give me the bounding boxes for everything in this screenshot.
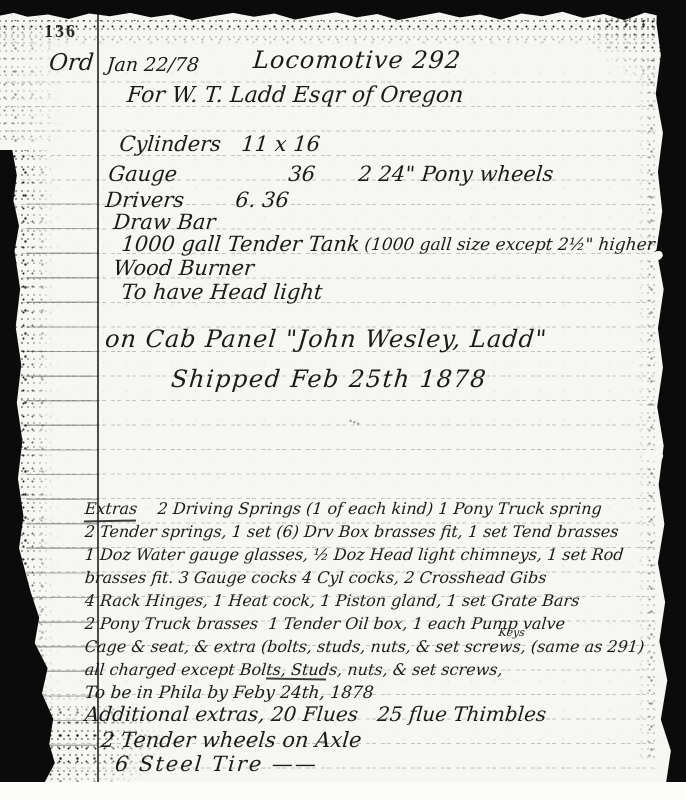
extras-line: Cage & seat, & extra (bolts, studs, nuts…: [84, 638, 645, 656]
torn-edge-speckle-top: [0, 20, 686, 46]
spec-label: Gauge: [107, 163, 178, 186]
order-date: Jan 22/78: [106, 55, 200, 76]
torn-edge-speckle-top-left: [0, 26, 64, 146]
spec-label: Drivers: [104, 189, 185, 212]
customer-line: For W. T. Ladd Esqr of Oregon: [126, 84, 464, 108]
extras-line: brasses fit. 3 Gauge cocks 4 Cyl cocks, …: [84, 569, 547, 587]
spec-value: 11 x 16: [240, 133, 321, 156]
tender-wheels-line: 2 Tender wheels on Axle: [100, 729, 363, 752]
extras-line: To be in Phila by Feby 24th, 1878: [84, 684, 374, 703]
spec-row-cylinders: Cylinders 11 x 16: [118, 133, 680, 161]
shipped-line: Shipped Feb 25th 1878: [170, 366, 488, 392]
spec-note: (1000 gall size except 2½" higher): [364, 236, 663, 255]
page-number: 136: [44, 21, 77, 42]
spec-label: Cylinders: [118, 133, 222, 156]
cab-panel-line: on Cab Panel "John Wesley, Ladd": [104, 326, 548, 352]
extras-line: 2 Tender springs, 1 set (6) Drv Box bras…: [84, 523, 619, 541]
spec-value: 6. 36: [234, 189, 289, 212]
spec-row-gauge: Gauge 36 2 24" Pony wheels: [107, 163, 669, 191]
spec-label: 1000 gall Tender Tank: [120, 233, 360, 256]
additional-extras-line: Additional extras, 20 Flues 25 flue Thim…: [84, 703, 547, 725]
extras-line: 1 Doz Water gauge glasses, ½ Doz Head li…: [84, 546, 624, 564]
spec-label: Draw Bar: [112, 211, 216, 234]
ink-smudge: [347, 420, 360, 433]
paper-noise-texture: [0, 0, 686, 800]
scan-border-left: [0, 150, 56, 782]
keys-annotation: Keys: [498, 627, 525, 639]
extras-line: Extras 2 Driving Springs (1 of each kind…: [84, 500, 603, 518]
order-abbreviation: Ord: [48, 51, 95, 76]
spec-label: To have Head light: [120, 281, 323, 304]
locomotive-title: Locomotive 292: [252, 47, 462, 73]
spec-label: Wood Burner: [112, 257, 255, 280]
studs-underline: [266, 677, 326, 680]
scan-border-right: [650, 0, 686, 782]
border-nick: [644, 448, 664, 463]
scanned-ledger-page: 136 Ord Jan 22/78 Locomotive 292 For W. …: [0, 0, 686, 800]
spec-note: 2 24" Pony wheels: [357, 163, 554, 186]
spec-value: 36: [287, 163, 316, 186]
extras-line: 4 Rack Hinges, 1 Heat cock, 1 Piston gla…: [84, 592, 580, 610]
spec-row-head-light: To have Head light: [120, 281, 682, 309]
extras-line: 2 Pony Truck brasses 1 Tender Oil box, 1…: [84, 615, 566, 633]
extras-line: all charged except Bolts, Studs, nuts, &…: [84, 661, 503, 679]
scan-bed-bottom: [0, 782, 686, 800]
steel-tire-line: 6 Steel Tire ——: [114, 753, 319, 776]
scan-border-top: [0, 0, 686, 28]
